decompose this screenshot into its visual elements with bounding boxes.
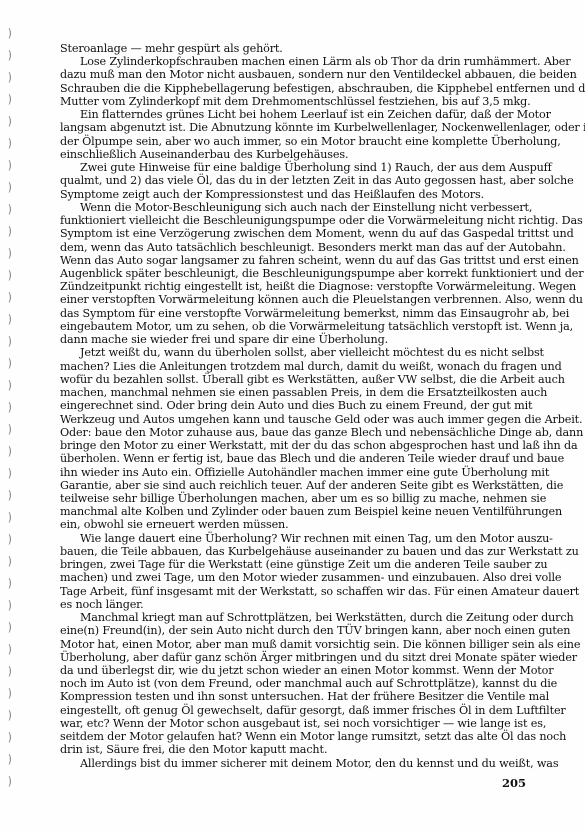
margin-mark-icon: ) (8, 484, 15, 506)
text-line: Überholung, aber dafür ganz schön Ärger … (60, 651, 526, 664)
text-line: dem, wenn das Auto tatsächlich beschleun… (60, 241, 526, 254)
margin-mark-icon: ) (8, 264, 15, 286)
text-line: bringen, zwei Tage für die Werkstatt (ei… (60, 558, 526, 571)
text-line: qualmt, und 2) das viele Öl, das du in d… (60, 174, 526, 187)
text-line: Wenn die Motor-Beschleunigung sich auch … (60, 201, 526, 214)
margin-mark-icon: ) (8, 44, 15, 66)
text-line: seitdem der Motor gelaufen hat? Wenn ein… (60, 730, 526, 743)
text-line: Zündzeitpunkt richtig eingestellt ist, h… (60, 280, 526, 293)
text-line: war, etc? Wenn der Motor schon ausgebaut… (60, 717, 526, 730)
binding-hole-marks: ))))))))))))))))))))))))))))))))))) (6, 22, 18, 792)
document-page: ))))))))))))))))))))))))))))))))))) Ster… (0, 0, 585, 831)
margin-mark-icon: ) (8, 704, 15, 726)
text-line: Lose Zylinderkopfschrauben machen einen … (60, 55, 526, 68)
margin-mark-icon: ) (8, 220, 15, 242)
text-line: funktioniert vielleicht die Beschleunigu… (60, 214, 526, 227)
margin-mark-icon: ) (8, 616, 15, 638)
text-line: der Ölpumpe sein, aber wo auch immer, so… (60, 135, 526, 148)
text-line: eine(n) Freund(in), der sein Auto nicht … (60, 624, 526, 637)
text-line: das Symptom für eine verstopfte Vorwärme… (60, 307, 526, 320)
margin-mark-icon: ) (8, 22, 15, 44)
text-line: bauen, die Teile abbauen, das Kurbelgehä… (60, 545, 526, 558)
margin-mark-icon: ) (8, 330, 15, 352)
text-line: da und überlegst dir, wie du jetzt schon… (60, 664, 526, 677)
text-line: Garantie, aber sie sind auch reichlich t… (60, 479, 526, 492)
text-line: machen, manchmal nehmen sie einen passab… (60, 386, 526, 399)
margin-mark-icon: ) (8, 726, 15, 748)
margin-mark-icon: ) (8, 572, 15, 594)
text-line: Mutter vom Zylinderkopf mit dem Drehmome… (60, 95, 526, 108)
margin-mark-icon: ) (8, 286, 15, 308)
text-line: Schrauben die die Kipphebellagerung befe… (60, 82, 526, 95)
text-line: Manchmal kriegt man auf Schrottplätzen, … (60, 611, 526, 624)
margin-mark-icon: ) (8, 154, 15, 176)
text-line: bringe den Motor zu einer Werkstatt, mit… (60, 439, 526, 452)
margin-mark-icon: ) (8, 748, 15, 770)
text-line: Tage Arbeit, fünf insgesamt mit der Werk… (60, 585, 526, 598)
margin-mark-icon: ) (8, 198, 15, 220)
text-line: es noch länger. (60, 598, 526, 611)
margin-mark-icon: ) (8, 770, 15, 792)
margin-mark-icon: ) (8, 308, 15, 330)
text-line: Zwei gute Hinweise für eine baldige Über… (60, 161, 526, 174)
text-line: Augenblick später beschleunigt, die Besc… (60, 267, 526, 280)
margin-mark-icon: ) (8, 110, 15, 132)
margin-mark-icon: ) (8, 352, 15, 374)
margin-mark-icon: ) (8, 550, 15, 572)
text-line: Ein flatterndes grünes Licht bei hohem L… (60, 108, 526, 121)
text-line: wofür du bezahlen sollst. Überall gibt e… (60, 373, 526, 386)
text-line: einer verstopften Vorwärmeleitung können… (60, 293, 526, 306)
text-line: Wie lange dauert eine Überholung? Wir re… (60, 532, 526, 545)
margin-mark-icon: ) (8, 132, 15, 154)
text-line: machen) und zwei Tage, um den Motor wied… (60, 571, 526, 584)
text-line: drin ist, Säure frei, die den Motor kapu… (60, 743, 526, 756)
text-line: langsam abgenutzt ist. Die Abnutzung kön… (60, 121, 526, 134)
margin-mark-icon: ) (8, 88, 15, 110)
margin-mark-icon: ) (8, 374, 15, 396)
text-line: eingerechnet sind. Oder bring dein Auto … (60, 399, 526, 412)
margin-mark-icon: ) (8, 638, 15, 660)
text-line: dann mache sie wieder frei und spare dir… (60, 333, 526, 346)
margin-mark-icon: ) (8, 682, 15, 704)
text-line: Symptome zeigt auch der Kompressionstest… (60, 188, 526, 201)
text-line: Symptom ist eine Verzögerung zwischen de… (60, 227, 526, 240)
text-line: Steroanlage — mehr gespürt als gehört. (60, 42, 526, 55)
margin-mark-icon: ) (8, 462, 15, 484)
text-line: überholen. Wenn er fertig ist, baue das … (60, 452, 526, 465)
body-text: Steroanlage — mehr gespürt als gehört.Lo… (60, 42, 526, 770)
text-line: eingebautem Motor, um zu sehen, ob die V… (60, 320, 526, 333)
text-line: einschließlich Auseinanderbau des Kurbel… (60, 148, 526, 161)
text-line: Jetzt weißt du, wann du überholen sollst… (60, 346, 526, 359)
margin-mark-icon: ) (8, 66, 15, 88)
margin-mark-icon: ) (8, 440, 15, 462)
text-line: Oder: baue den Motor zuhause aus, baue d… (60, 426, 526, 439)
text-line: ihn wieder ins Auto ein. Offizielle Auto… (60, 466, 526, 479)
text-line: dazu muß man den Motor nicht ausbauen, s… (60, 68, 526, 81)
page-number: 205 (502, 776, 526, 790)
margin-mark-icon: ) (8, 506, 15, 528)
text-line: Motor hat, einen Motor, aber man muß dam… (60, 638, 526, 651)
margin-mark-icon: ) (8, 660, 15, 682)
margin-mark-icon: ) (8, 418, 15, 440)
text-line: ein, obwohl sie erneuert werden müssen. (60, 518, 526, 531)
margin-mark-icon: ) (8, 528, 15, 550)
text-line: machen? Lies die Anleitungen trotzdem ma… (60, 360, 526, 373)
text-line: eingestellt, oft genug Öl gewechselt, da… (60, 704, 526, 717)
text-line: Allerdings bist du immer sicherer mit de… (60, 757, 526, 770)
text-line: Werkzeug und Autos umgehen kann und taus… (60, 413, 526, 426)
text-line: manchmal alte Kolben und Zylinder oder b… (60, 505, 526, 518)
text-line: Kompression testen und ihn sonst untersu… (60, 690, 526, 703)
text-line: noch im Auto ist (von dem Freund, oder m… (60, 677, 526, 690)
margin-mark-icon: ) (8, 396, 15, 418)
margin-mark-icon: ) (8, 176, 15, 198)
margin-mark-icon: ) (8, 594, 15, 616)
text-line: teilweise sehr billige Überholungen mach… (60, 492, 526, 505)
text-line: Wenn das Auto sogar langsamer zu fahren … (60, 254, 526, 267)
margin-mark-icon: ) (8, 242, 15, 264)
